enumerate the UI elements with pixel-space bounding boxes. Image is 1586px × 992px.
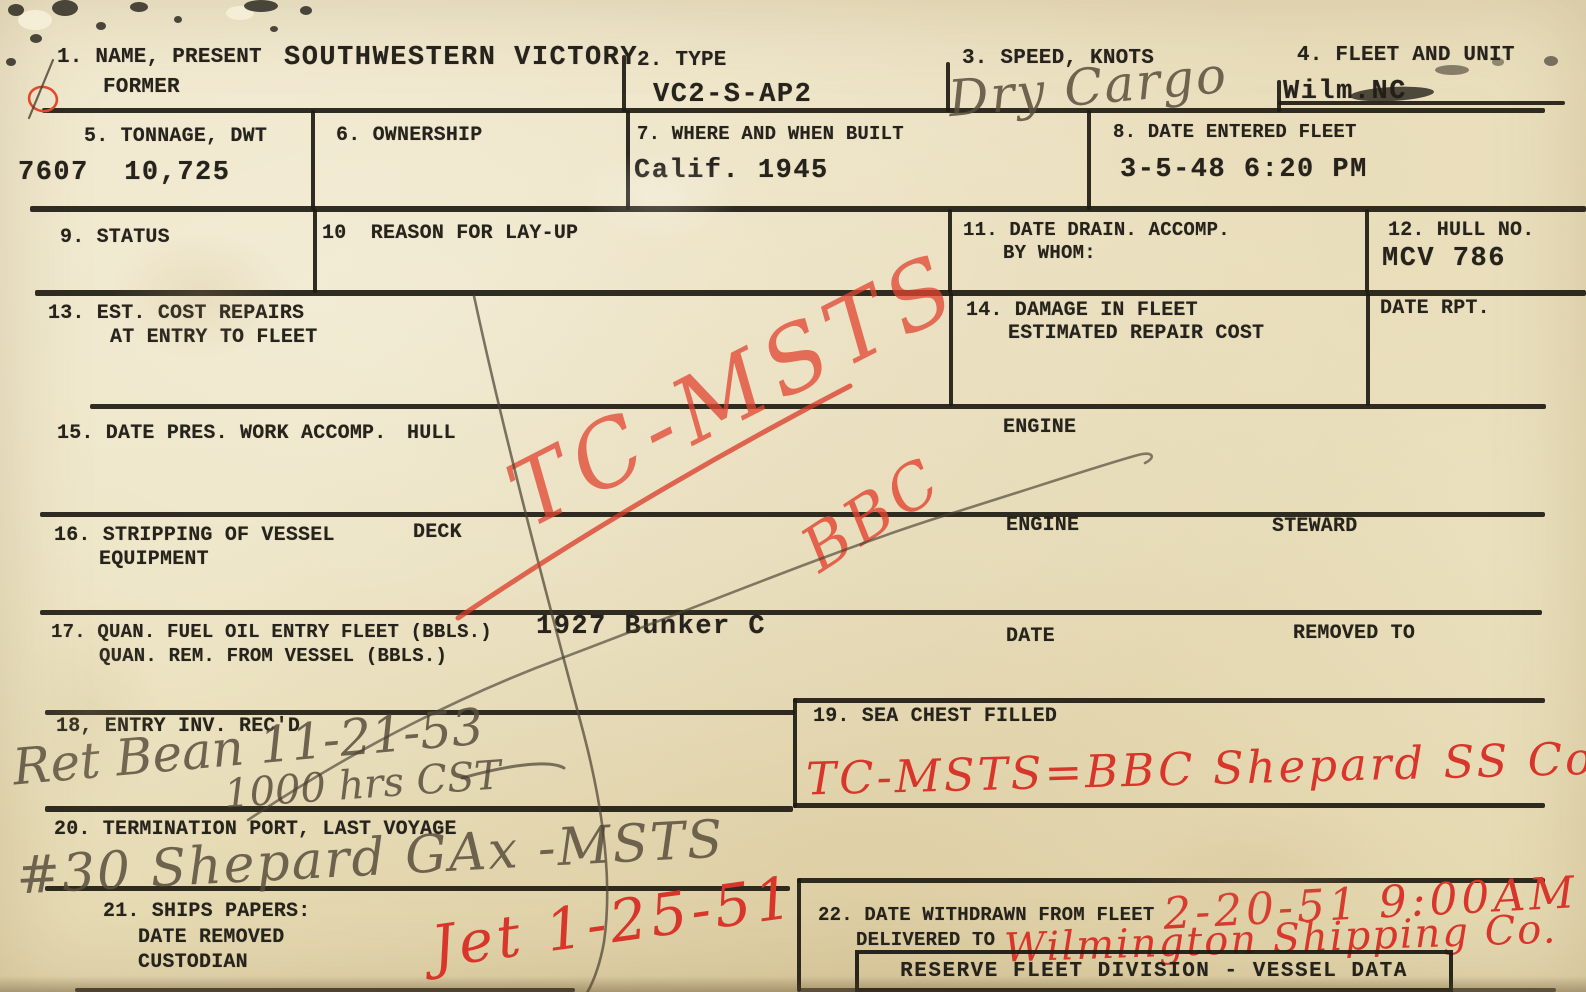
field-4-value: Wilm.NC — [1283, 77, 1407, 107]
field-2-label: 2. TYPE — [637, 49, 727, 72]
date-rpt-label: DATE RPT. — [1380, 297, 1490, 320]
field-17-label2: QUAN. REM. FROM VESSEL (BBLS.) — [99, 645, 447, 667]
rule-line — [626, 110, 630, 210]
paper-speck — [30, 34, 42, 43]
field-11-bywhom: BY WHOM: — [1003, 242, 1096, 264]
paper-speck — [52, 0, 78, 16]
field-19-handwriting: TC-MSTS=BBC Shepard SS Co. — [805, 731, 1586, 805]
paper-speck — [96, 22, 106, 30]
footer-bar: RESERVE FLEET DIVISION - VESSEL DATA — [855, 950, 1453, 992]
field-21-label2: DATE REMOVED — [138, 926, 284, 949]
field-21-label3: CUSTODIAN — [138, 951, 248, 974]
big-red-annotation-bbc: BBC — [788, 442, 955, 586]
field-17-removed-to: REMOVED TO — [1293, 622, 1415, 645]
field-15-label: 15. DATE PRES. WORK ACCOMP. — [57, 422, 386, 445]
rule-line — [793, 698, 797, 808]
field-14-label: 14. DAMAGE IN FLEET — [966, 299, 1198, 322]
field-6-label: 6. OWNERSHIP — [336, 124, 482, 147]
field-8-label: 8. DATE ENTERED FLEET — [1113, 121, 1357, 143]
field-16-steward: STEWARD — [1272, 515, 1357, 538]
field-8-value: 3-5-48 6:20 PM — [1120, 155, 1368, 185]
rule-line — [1087, 110, 1091, 210]
rule-line — [793, 803, 1545, 808]
field-7-label: 7. WHERE AND WHEN BUILT — [637, 123, 904, 145]
rule-line — [40, 610, 1542, 615]
field-17-date: DATE — [1006, 625, 1055, 648]
field-7-value: Calif. 1945 — [634, 156, 829, 186]
field-13-label2: AT ENTRY TO FLEET — [110, 326, 317, 349]
rule-line — [1366, 293, 1370, 406]
rule-line — [797, 878, 801, 992]
field-16-engine: ENGINE — [1006, 514, 1079, 537]
paper-speck — [6, 58, 16, 66]
field-4-label: 4. FLEET AND UNIT — [1297, 44, 1515, 67]
field-21-label: 21. SHIPS PAPERS: — [103, 900, 310, 923]
field-2-value: VC2-S-AP2 — [653, 80, 812, 110]
paper-speck — [130, 2, 148, 12]
paper-speck — [300, 6, 312, 15]
field-15-engine: ENGINE — [1003, 416, 1076, 439]
field-14-label2: ESTIMATED REPAIR COST — [1008, 322, 1264, 345]
field-16-label2: EQUIPMENT — [99, 548, 209, 571]
field-10-label: 10 REASON FOR LAY-UP — [322, 222, 578, 245]
field-13-label: 13. EST. COST REPAIRS — [48, 302, 304, 325]
field-12-label: 12. HULL NO. — [1388, 219, 1534, 242]
rule-line — [1277, 80, 1281, 112]
vessel-data-card: 1. NAME, PRESENT FORMER SOUTHWESTERN VIC… — [0, 0, 1586, 992]
paper-speck — [8, 4, 24, 16]
field-17-label: 17. QUAN. FUEL OIL ENTRY FLEET (BBLS.) — [51, 621, 492, 643]
rule-line — [793, 698, 1545, 703]
paper-speck — [244, 0, 278, 12]
field-1-label-former: FORMER — [103, 76, 180, 99]
field-12-value: MCV 786 — [1382, 244, 1506, 274]
paper-chip — [18, 10, 52, 30]
rule-line — [1365, 209, 1369, 293]
field-1-value: SOUTHWESTERN VICTORY — [284, 43, 638, 73]
field-1-label: 1. NAME, PRESENT — [57, 46, 262, 69]
paper-speck — [270, 26, 278, 32]
footer-title: RESERVE FLEET DIVISION - VESSEL DATA — [900, 960, 1408, 983]
field-17-value: 1927 Bunker C — [536, 612, 766, 642]
field-22-label2: DELIVERED TO — [856, 929, 995, 951]
field-15-hull: HULL — [407, 422, 456, 445]
field-16-deck: DECK — [413, 521, 462, 544]
field-5-label: 5. TONNAGE, DWT — [84, 125, 267, 148]
rule-line — [30, 206, 1586, 212]
field-19-label: 19. SEA CHEST FILLED — [813, 705, 1057, 728]
rule-line — [75, 988, 575, 992]
field-16-label: 16. STRIPPING OF VESSEL — [54, 524, 335, 547]
paper-speck — [1544, 56, 1558, 66]
field-9-label: 9. STATUS — [60, 226, 170, 249]
rule-line — [311, 110, 315, 210]
field-11-label: 11. DATE DRAIN. ACCOMP. — [963, 219, 1230, 241]
paper-speck — [174, 16, 182, 23]
field-5-value: 7607 10,725 — [18, 158, 230, 188]
rule-line — [313, 209, 317, 293]
